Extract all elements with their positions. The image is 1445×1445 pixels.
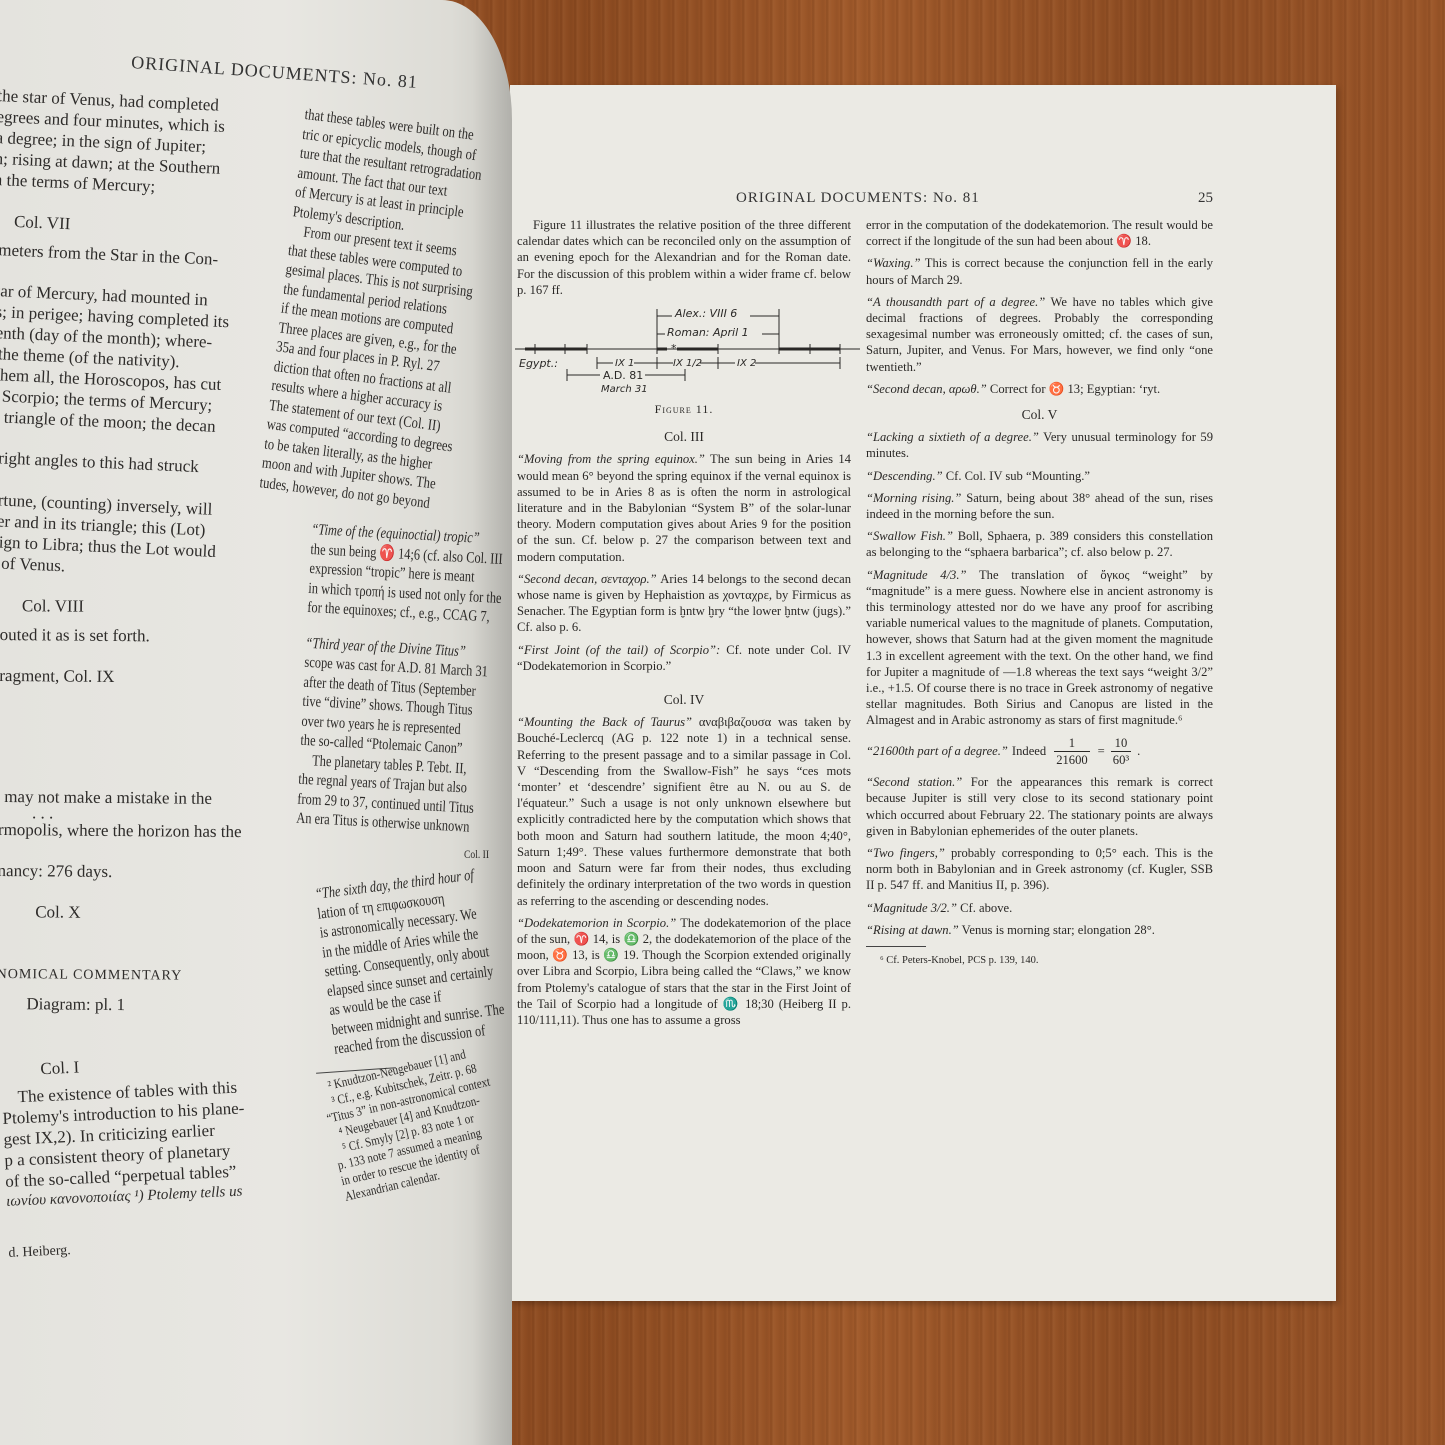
figure-11-calendar-diagram: * Alex.: VIII 6 Roman: April 1 Egypt.: I… xyxy=(515,304,865,399)
left-page-col-i: Col. I The existence of tables with this… xyxy=(0,1049,251,1263)
col-v-entry: “Descending.” Cf. Col. IV sub “Mounting.… xyxy=(866,468,1213,484)
col-iii-entry: “First Joint (of the tail) of Scorpio”: … xyxy=(517,642,851,674)
commentary-entry: “Magnitude 3/2.” Cf. above. xyxy=(866,900,1213,916)
col-v-entry: “Lacking a sixtieth of a degree.” Very u… xyxy=(866,429,1213,461)
text-line: nancy: 276 days. xyxy=(0,860,241,883)
right-page-right-column: error in the computation of the dodekate… xyxy=(866,217,1213,969)
text-line: ragment, Col. IX xyxy=(0,665,243,688)
figure-label-alex: Alex.: VIII 6 xyxy=(675,306,737,322)
col-viii-heading: Col. VIII xyxy=(0,595,244,618)
left-page-outer-column-lower: Col. VIII outed it as is set forth. ragm… xyxy=(0,595,244,1016)
figure-label-roman: Roman: April 1 xyxy=(667,325,749,341)
left-page-inner-column-block4: “The sixth day, the third hour of lation… xyxy=(314,864,508,1059)
commentary-entry: “Second station.” For the appearances th… xyxy=(866,774,1213,839)
commentary-entry: “Second decan, αρωθ.” Correct for ♉ 13; … xyxy=(866,381,1213,397)
fraction-10-over-60-cubed: 10 60³ xyxy=(1111,735,1131,768)
commentary-entry: “Two fingers,” probably corresponding to… xyxy=(866,845,1213,894)
diagram-reference: Diagram: pl. 1 xyxy=(0,993,240,1016)
fraction-entry: “21600th part of a degree.” Indeed 1 216… xyxy=(866,735,1213,768)
col-v-entry: “Magnitude 4/3.” The translation of ὄγκο… xyxy=(866,567,1213,729)
left-page: ORIGINAL DOCUMENTS: No. 81 the star of V… xyxy=(0,0,512,1445)
running-head-left: ORIGINAL DOCUMENTS: No. 81 xyxy=(131,52,419,93)
col-iii-heading: Col. III xyxy=(517,429,851,445)
commentary-entry: “Waxing.” This is correct because the co… xyxy=(866,255,1213,287)
figure-label-egypt: Egypt.: xyxy=(519,356,558,372)
figure-intro-paragraph: Figure 11 illustrates the relative posit… xyxy=(517,217,851,298)
commentary-entry: “Rising at dawn.” Venus is morning star;… xyxy=(866,922,1213,938)
figure-label-ix12: IX 1/2 xyxy=(673,356,702,372)
figure-label-march31: March 31 xyxy=(601,382,648,398)
left-page-footnotes: ² Knudtzon-Neugebauer [1] and ³ Cf., e.g… xyxy=(318,1042,510,1204)
left-page-inner-column-block2: “Time of the (equinoctial) tropic” the s… xyxy=(296,520,505,838)
left-page-inner-column-block1: that these tables were built on the tric… xyxy=(258,105,492,515)
fraction-1-over-21600: 1 21600 xyxy=(1054,735,1089,768)
col-iii-entry: “Moving from the spring equinox.” The su… xyxy=(517,451,851,564)
col-ii-heading: Col. II xyxy=(464,845,489,865)
right-page-left-column: Figure 11 illustrates the relative posit… xyxy=(517,217,851,1034)
col-v-heading: Col. V xyxy=(866,407,1213,423)
col-x-heading: Col. X xyxy=(0,901,241,924)
col-iii-entry: “Second decan, σενταχορ.” Aries 14 belon… xyxy=(517,571,851,636)
col-iv-heading: Col. IV xyxy=(517,692,851,708)
page-number: 25 xyxy=(1198,190,1213,207)
running-head-right: ORIGINAL DOCUMENTS: No. 81 xyxy=(736,190,980,207)
continued-paragraph: error in the computation of the dodekate… xyxy=(866,217,1213,249)
footnote-divider xyxy=(866,946,926,947)
figure-label-ix2: IX 2 xyxy=(737,356,756,372)
section-heading-astronomical-commentary: NOMICAL COMMENTARY xyxy=(0,964,240,987)
left-page-outer-column: the star of Venus, had completed egrees … xyxy=(0,85,239,583)
right-page: ORIGINAL DOCUMENTS: No. 81 25 Figure 11 … xyxy=(510,85,1336,1301)
svg-text:*: * xyxy=(671,342,677,355)
footnote-6: ⁶ Cf. Peters-Knobel, PCS p. 139, 140. xyxy=(880,953,1213,969)
figure-caption: Figure 11. xyxy=(517,401,851,417)
text-line: rmopolis, where the horizon has the xyxy=(0,819,242,842)
col-v-entry: “Morning rising.” Saturn, being about 38… xyxy=(866,490,1213,522)
col-v-entry: “Swallow Fish.” Boll, Sphaera, p. 389 co… xyxy=(866,528,1213,560)
col-iv-entry: “Dodekatemorion in Scorpio.” The dodekat… xyxy=(517,915,851,1028)
commentary-entry: “A thousandth part of a degree.” We have… xyxy=(866,294,1213,375)
text-line: outed it as is set forth. xyxy=(0,624,243,647)
col-iv-entry: “Mounting the Back of Taurus” αναβιβαζου… xyxy=(517,714,851,908)
